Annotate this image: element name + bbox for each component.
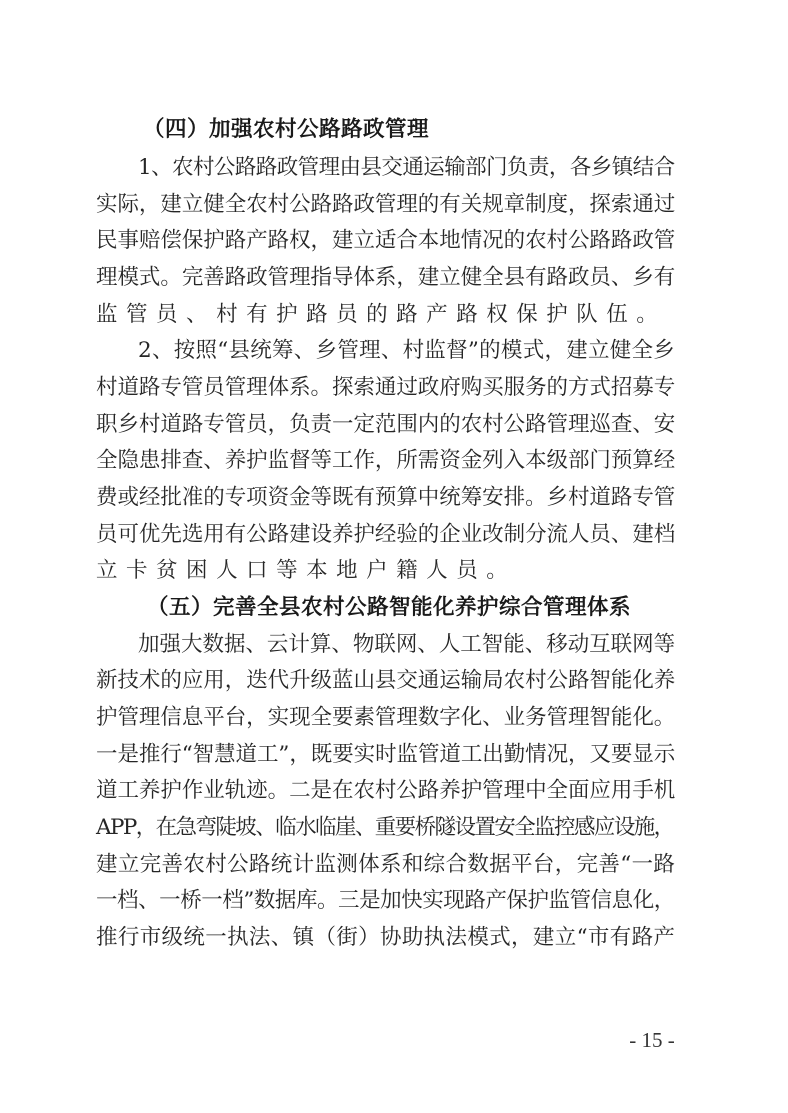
section-heading-5: （五）完善全县农村公路智能化养护综合管理体系 [147,593,631,623]
paragraph-line: 建立完善农村公路统计监测体系和综合数据平台，完善“一路 [96,850,675,880]
paragraph-line: 道工养护作业轨迹。二是在农村公路养护管理中全面应用手机 [96,776,675,806]
page-number: - 15 - [622,1026,682,1054]
paragraph-line: 实际，建立健全农村公路路政管理的有关规章制度，探索通过 [96,190,675,220]
document-page: （四）加强农村公路路政管理 1、农村公路路政管理由县交通运输部门负责，各乡镇结合… [0,0,788,1113]
paragraph-line: 理模式。完善路政管理指导体系，建立健全县有路政员、乡有 [96,263,675,293]
paragraph-line: 推行市级统一执法、镇（街）协助执法模式，建立“市有路产 [96,923,675,953]
paragraph-line: 费或经批准的专项资金等既有预算中统筹安排。乡村道路专管 [96,483,675,513]
paragraph-line: 1、农村公路路政管理由县交通运输部门负责，各乡镇结合 [138,153,675,183]
paragraph-line: APP，在急弯陡坡、临水临崖、重要桥隧设置安全监控感应设施， [96,813,675,843]
paragraph-line: 一是推行“智慧道工”，既要实时监管道工出勤情况，又要显示 [96,740,675,770]
paragraph-line: 护管理信息平台，实现全要素管理数字化、业务管理智能化。 [96,703,675,733]
paragraph-line: 监管员、村有护路员的路产路权保护队伍。 [96,300,675,330]
paragraph-line: 职乡村道路专管员，负责一定范围内的农村公路管理巡查、安 [96,410,675,440]
paragraph-line: 新技术的应用，迭代升级蓝山县交通运输局农村公路智能化养 [96,666,675,696]
paragraph-line: 立卡贫困人口等本地户籍人员。 [96,556,675,586]
paragraph-line: 村道路专管员管理体系。探索通过政府购买服务的方式招募专 [96,373,675,403]
section-heading-4: （四）加强农村公路路政管理 [143,115,429,145]
paragraph-line: 2、按照“县统筹、乡管理、村监督”的模式，建立健全乡 [138,336,675,366]
paragraph-line: 加强大数据、云计算、物联网、人工智能、移动互联网等 [138,630,675,660]
paragraph-line: 员可优先选用有公路建设养护经验的企业改制分流人员、建档 [96,520,675,550]
paragraph-line: 全隐患排查、养护监督等工作，所需资金列入本级部门预算经 [96,446,675,476]
paragraph-line: 民事赔偿保护路产路权，建立适合本地情况的农村公路路政管 [96,226,675,256]
paragraph-line: 一档、一桥一档”数据库。三是加快实现路产保护监管信息化， [96,886,675,916]
